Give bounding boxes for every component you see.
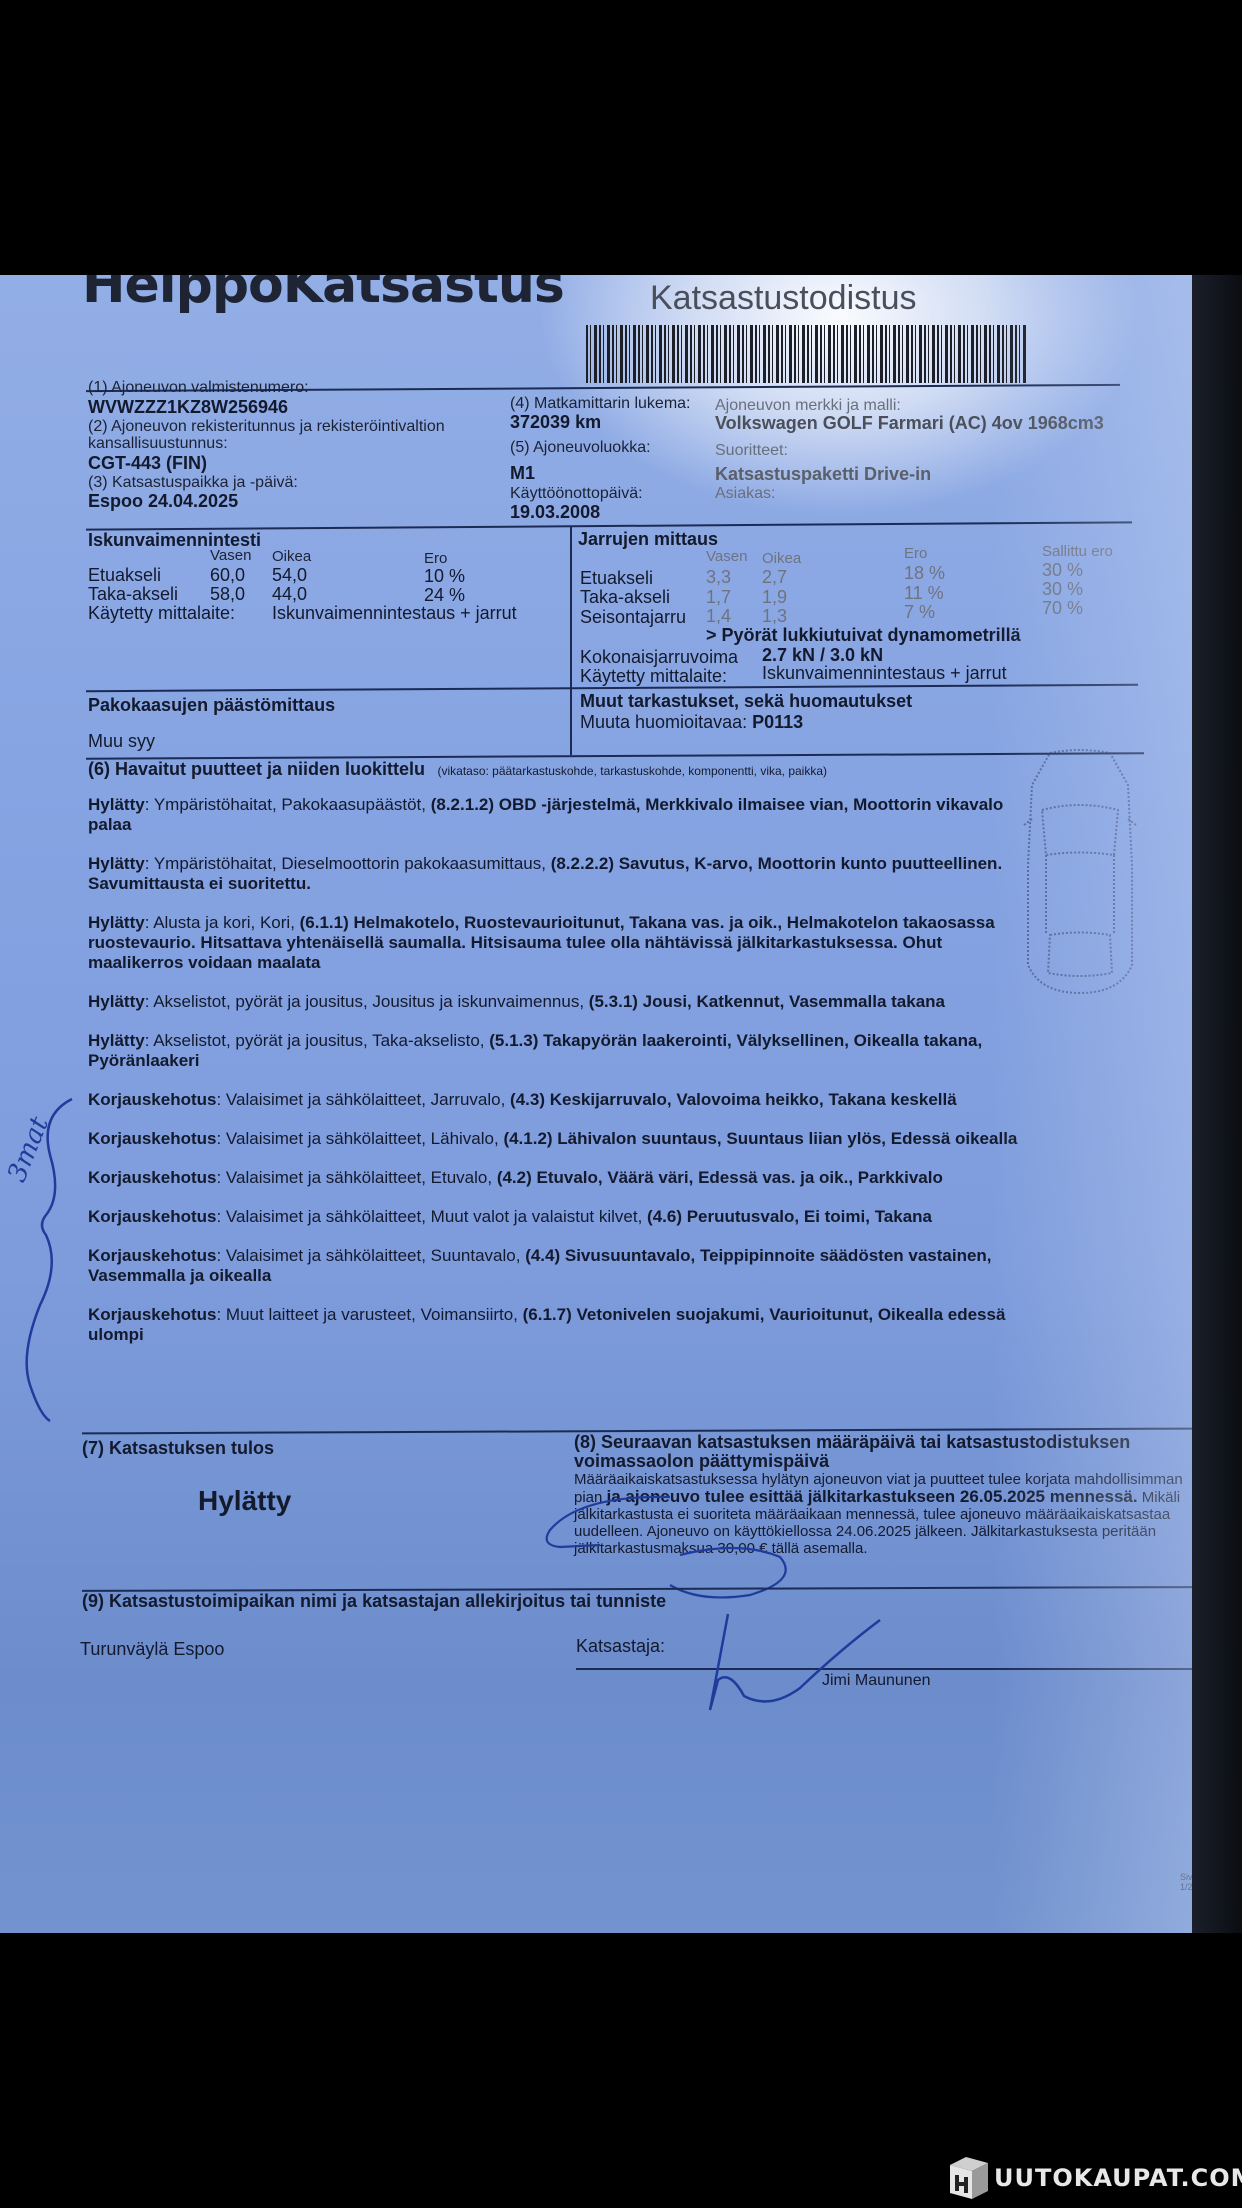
shock-row-right: 44,0 xyxy=(272,584,307,605)
brake-device-label: Käytetty mittalaite: xyxy=(580,666,727,687)
photo-edge-shadow xyxy=(1192,275,1242,1933)
brake-col-left: Vasen xyxy=(706,548,747,565)
page-number: Sivu 1/2 xyxy=(1180,1872,1192,1892)
brake-row-allowed: 30 % xyxy=(1042,560,1083,581)
inspection-certificate: HeippoKatsastus Katsastustodistus (1) Aj… xyxy=(0,275,1192,1933)
site-watermark: UUTOKAUPAT.COM xyxy=(946,2155,1242,2201)
shock-col-right: Oikea xyxy=(272,548,311,565)
fault-item: Korjauskehotus: Valaisimet ja sähkölaitt… xyxy=(88,1246,1018,1286)
document-title: Katsastustodistus xyxy=(650,279,916,318)
class-label: (5) Ajoneuvoluokka: xyxy=(510,439,651,457)
brake-row-right: 1,3 xyxy=(762,606,787,627)
watermark-text: UUTOKAUPAT.COM xyxy=(994,2164,1242,2192)
shock-device-value: Iskunvaimennintestaus + jarrut xyxy=(272,603,517,624)
cube-logo-icon xyxy=(946,2155,992,2201)
vin-value: WVWZZZ1KZ8W256946 xyxy=(88,397,288,418)
brand-logo: HeippoKatsastus xyxy=(82,275,564,315)
fault-item: Hylätty: Akselistot, pyörät ja jousitus,… xyxy=(88,992,1018,1012)
shock-row-diff: 10 % xyxy=(424,566,465,587)
brake-row-left: 1,7 xyxy=(706,587,731,608)
emissions-reason: Muu syy xyxy=(88,731,155,752)
intro-date-value: 19.03.2008 xyxy=(510,502,600,523)
fault-item: Hylätty: Ympäristöhaitat, Dieselmoottori… xyxy=(88,854,1018,894)
next-inspection-title: (8) Seuraavan katsastuksen määräpäivä ta… xyxy=(574,1433,1184,1471)
shock-row-left: 60,0 xyxy=(210,565,245,586)
reg-label-2: kansallisuustunnus: xyxy=(88,435,228,453)
brake-row-diff: 7 % xyxy=(904,602,935,623)
result-title: (7) Katsastuksen tulos xyxy=(82,1438,274,1459)
brake-row-right: 2,7 xyxy=(762,567,787,588)
brake-row-allowed: 70 % xyxy=(1042,598,1083,619)
brake-row-diff: 18 % xyxy=(904,563,945,584)
shock-col-left: Vasen xyxy=(210,547,251,564)
station-name: Turunväylä Espoo xyxy=(80,1639,224,1660)
brake-col-diff: Ero xyxy=(904,545,927,562)
odometer-label: (4) Matkamittarin lukema: xyxy=(510,395,691,413)
result-value: Hylätty xyxy=(198,1485,291,1517)
reg-value: CGT-443 (FIN) xyxy=(88,453,207,474)
fault-item: Korjauskehotus: Valaisimet ja sähkölaitt… xyxy=(88,1090,1018,1110)
brake-row-right: 1,9 xyxy=(762,587,787,608)
brake-col-right: Oikea xyxy=(762,550,801,567)
car-outline-diagram xyxy=(1020,745,1140,995)
inspector-signature xyxy=(700,1610,900,1720)
brake-row-left: 1,4 xyxy=(706,606,731,627)
shock-col-diff: Ero xyxy=(424,550,447,567)
shock-row-left: 58,0 xyxy=(210,584,245,605)
brake-row-allowed: 30 % xyxy=(1042,579,1083,600)
brake-row-axle: Seisontajarru xyxy=(580,607,686,628)
fault-item: Korjauskehotus: Valaisimet ja sähkölaitt… xyxy=(88,1207,1018,1227)
intro-date-label: Käyttöönottopäivä: xyxy=(510,485,643,503)
faults-title: (6) Havaitut puutteet ja niiden luokitte… xyxy=(88,759,827,780)
fault-item: Hylätty: Akselistot, pyörät ja jousitus,… xyxy=(88,1031,1018,1071)
reg-label: (2) Ajoneuvon rekisteritunnus ja rekiste… xyxy=(88,418,445,436)
class-value: M1 xyxy=(510,463,535,484)
brake-test-title: Jarrujen mittaus xyxy=(578,529,718,550)
signature-title: (9) Katsastustoimipaikan nimi ja katsast… xyxy=(82,1591,666,1612)
customer-label: Asiakas: xyxy=(715,485,775,503)
emissions-title: Pakokaasujen päästömittaus xyxy=(88,695,335,716)
brake-row-left: 3,3 xyxy=(706,567,731,588)
make-value: Volkswagen GOLF Farmari (AC) 4ov 1968cm3 xyxy=(715,413,1104,434)
brake-row-axle: Taka-akseli xyxy=(580,587,670,608)
divider xyxy=(570,527,572,755)
brake-device-value: Iskunvaimennintestaus + jarrut xyxy=(762,663,1007,684)
brake-note: > Pyörät lukkiutuivat dynamometrillä xyxy=(706,625,1021,646)
fault-item: Korjauskehotus: Muut laitteet ja varuste… xyxy=(88,1305,1018,1345)
vin-label: (1) Ajoneuvon valmistenumero: xyxy=(88,379,309,397)
shock-row-axle: Etuakseli xyxy=(88,565,161,586)
fault-item: Hylätty: Alusta ja kori, Kori, (6.1.1) H… xyxy=(88,913,1018,973)
other-checks-title: Muut tarkastukset, sekä huomautukset xyxy=(580,691,912,712)
services-value: Katsastuspaketti Drive-in xyxy=(715,464,931,485)
inspector-label: Katsastaja: xyxy=(576,1636,665,1657)
brake-row-axle: Etuakseli xyxy=(580,568,653,589)
other-checks-note: Muuta huomioitavaa: P0113 xyxy=(580,712,803,733)
fault-item: Hylätty: Ympäristöhaitat, Pakokaasupääst… xyxy=(88,795,1018,835)
services-label: Suoritteet: xyxy=(715,442,788,460)
odometer-value: 372039 km xyxy=(510,412,601,433)
place-date-value: Espoo 24.04.2025 xyxy=(88,491,238,512)
brake-row-diff: 11 % xyxy=(904,583,944,604)
brake-total-label: Kokonaisjarruvoima xyxy=(580,647,738,668)
shock-device-label: Käytetty mittalaite: xyxy=(88,603,235,624)
brake-col-allowed: Sallittu ero xyxy=(1042,543,1113,560)
shock-row-axle: Taka-akseli xyxy=(88,584,178,605)
fault-item: Korjauskehotus: Valaisimet ja sähkölaitt… xyxy=(88,1129,1018,1149)
fault-list: Hylätty: Ympäristöhaitat, Pakokaasupääst… xyxy=(88,795,1018,1364)
place-label: (3) Katsastuspaikka ja -päivä: xyxy=(88,474,298,492)
fault-item: Korjauskehotus: Valaisimet ja sähkölaitt… xyxy=(88,1168,1018,1188)
shock-row-right: 54,0 xyxy=(272,565,307,586)
barcode xyxy=(586,325,1026,383)
